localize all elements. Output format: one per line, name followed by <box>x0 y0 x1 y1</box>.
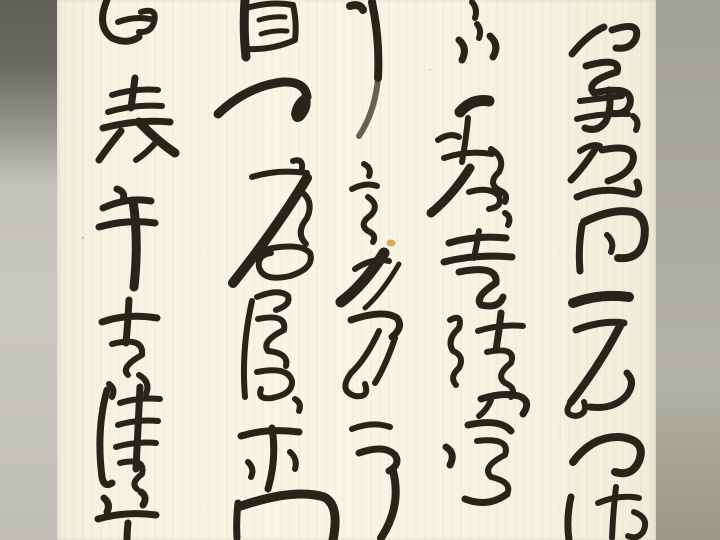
brush-stroke <box>133 201 136 287</box>
calligraphy-column-4 <box>218 0 335 540</box>
brush-stroke <box>477 440 508 494</box>
character-du <box>431 100 509 225</box>
character-tong-partial <box>237 494 335 540</box>
brush-stroke <box>252 160 307 177</box>
calligraphy-ink-layer <box>0 0 720 540</box>
brush-stroke <box>299 190 310 244</box>
brush-stroke <box>446 423 511 503</box>
brush-stroke <box>598 487 645 538</box>
character-yan <box>352 164 377 242</box>
brush-stroke <box>573 296 629 303</box>
character-top-partial <box>103 0 155 41</box>
brush-stroke <box>431 168 470 213</box>
character-arc <box>218 82 311 122</box>
brush-stroke <box>576 322 632 407</box>
brush-stroke <box>450 318 461 385</box>
brush-stroke <box>139 122 175 153</box>
brush-stroke <box>259 246 311 277</box>
character-guang <box>233 160 311 283</box>
character-xiang <box>579 211 645 271</box>
character-yong <box>571 145 639 197</box>
brush-stroke <box>241 494 335 540</box>
brush-stroke <box>98 492 156 540</box>
calligraphy-column-1 <box>567 26 645 540</box>
character-wu <box>444 231 512 306</box>
brush-stroke <box>459 270 503 306</box>
paper-speck <box>82 237 84 239</box>
brush-stroke <box>244 301 252 397</box>
paper-speck <box>559 431 561 433</box>
brush-stroke <box>568 497 571 540</box>
character-bu <box>241 428 299 489</box>
brush-stroke <box>99 189 155 227</box>
character-jian <box>567 322 631 416</box>
calligraphy-column-3 <box>341 2 400 538</box>
character-xiao <box>450 313 527 416</box>
brush-stroke <box>571 326 620 402</box>
brush-stroke <box>438 118 492 162</box>
character-da-partial <box>568 487 645 540</box>
brush-stroke <box>118 11 155 32</box>
character-zi4-partial <box>244 0 295 57</box>
brush-stroke <box>359 78 378 136</box>
calligraphy-column-2 <box>431 2 527 503</box>
character-jia <box>100 387 160 489</box>
brush-stroke <box>460 100 489 112</box>
character-xuan <box>572 26 637 130</box>
calligraphy-column-5 <box>98 0 175 540</box>
brush-stroke <box>345 331 395 396</box>
brush-stroke <box>352 424 390 429</box>
brush-stroke <box>246 4 296 50</box>
brush-stroke <box>352 164 377 242</box>
character-man <box>244 292 300 411</box>
character-yi2 <box>341 253 400 396</box>
character-bottom-partial <box>98 492 156 540</box>
character-xi <box>352 424 397 538</box>
character-hai <box>446 423 511 503</box>
brush-stroke <box>350 2 378 78</box>
brush-stroke <box>233 178 307 283</box>
calligraphy-scan <box>0 0 720 540</box>
brush-stroke <box>567 402 585 416</box>
character-nian <box>99 189 155 287</box>
character-qu <box>102 300 157 397</box>
character-curve <box>573 437 641 473</box>
brush-stroke <box>573 437 641 473</box>
brush-stroke <box>291 92 311 122</box>
brush-stroke <box>259 17 287 34</box>
character-trailing-stroke <box>350 2 378 136</box>
brush-stroke <box>579 225 582 271</box>
brush-stroke <box>257 292 289 310</box>
character-chang <box>99 78 175 160</box>
brush-stroke <box>572 26 637 54</box>
character-liu <box>459 2 496 60</box>
brush-stroke <box>241 428 299 489</box>
brush-stroke <box>257 370 300 411</box>
brush-stroke <box>102 300 157 343</box>
brush-stroke <box>472 2 480 38</box>
brush-stroke <box>381 471 396 538</box>
paper-speck <box>429 69 431 71</box>
fox-spot-stain <box>387 240 396 247</box>
brush-stroke <box>607 235 612 252</box>
character-yi <box>573 296 629 303</box>
brush-stroke <box>571 148 639 197</box>
brush-stroke <box>258 317 286 366</box>
